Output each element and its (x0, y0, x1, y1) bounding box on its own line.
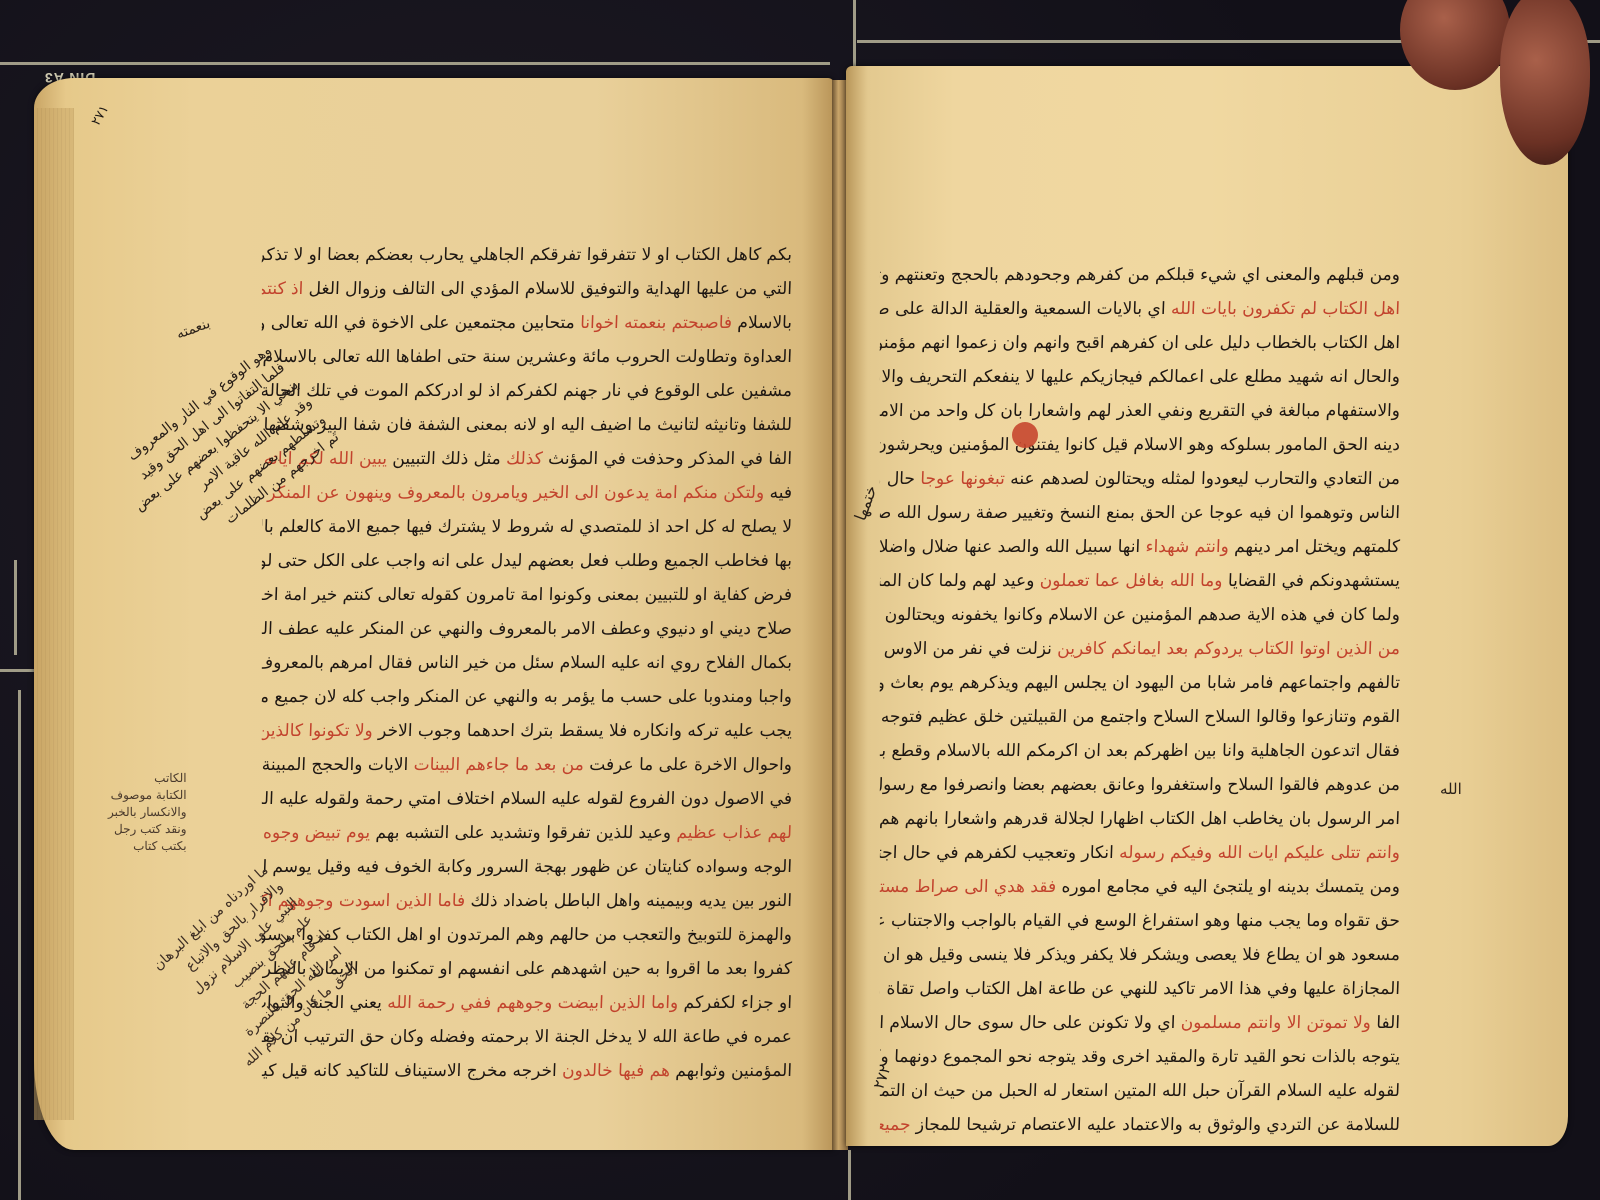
text-line: حق تقواه وما يجب منها وهو استفراغ الوسع … (879, 904, 1400, 938)
text-line: من عدوهم فالقوا السلاح واستغفروا وعانق ب… (879, 768, 1400, 802)
text-line: دينه الحق المامور بسلوكه وهو الاسلام قيل… (879, 428, 1400, 462)
text-line: لا يصلح له كل احد اذ للمتصدي له شروط لا … (261, 510, 792, 544)
text-line: اهل الكتاب لم تكفرون بايات الله اي بالاي… (879, 292, 1400, 326)
text-line: والحال انه شهيد مطلع على اعمالكم فيجازيك… (879, 360, 1400, 394)
text-line: بالاسلام فاصبحتم بنعمته اخوانا متحابين م… (261, 306, 792, 340)
text-line: التي من عليها الهداية والتوفيق للاسلام ا… (261, 272, 792, 306)
text-line: تالفهم واجتماعهم فامر شابا من اليهود ان … (879, 666, 1400, 700)
left-page-corner-folio: ٢٧١ (89, 103, 112, 129)
text-line: المؤمنين وثوابهم هم فيها خالدون اخرجه مخ… (261, 1054, 792, 1088)
text-line: القوم وتنازعوا وقالوا السلاح السلاح واجت… (879, 700, 1400, 734)
right-page-margin-word-right: الله (1440, 778, 1462, 800)
text-line: الوجه وسواده كنايتان عن ظهور بهجة السرور… (261, 850, 792, 884)
text-line: وانتم تتلى عليكم ايات الله وفيكم رسوله ا… (879, 836, 1400, 870)
text-line: امر الرسول بان يخاطب اهل الكتاب اظهارا ل… (879, 802, 1400, 836)
text-line: عمره في طاعة الله لا يدخل الجنة الا برحم… (261, 1020, 792, 1054)
text-line: يستشهدونكم في القضايا وما الله بغافل عما… (879, 564, 1400, 598)
text-line: في الاصول دون الفروع لقوله عليه السلام ا… (261, 782, 792, 816)
text-line: للشفا وتانيثه لتانيث ما اضيف اليه او لان… (261, 408, 792, 442)
text-line: العداوة وتطاولت الحروب مائة وعشرين سنة ح… (261, 340, 792, 374)
text-line: الفا في المذكر وحذفت في المؤنث كذلك مثل … (261, 442, 792, 476)
board-grid-line-left-vertical-upper (14, 560, 17, 655)
text-line: بكمال الفلاح روي انه عليه السلام سئل من … (261, 646, 792, 680)
right-page-text-block: ومن قبلهم والمعنى اي شيء قبلكم من كفرهم … (880, 258, 1400, 1142)
text-line: بها فخاطب الجميع وطلب فعل بعضهم ليدل على… (261, 544, 792, 578)
text-line: الفا ولا تموتن الا وانتم مسلمون اي ولا ت… (879, 1006, 1400, 1040)
margin-note-lower-left-small: الكاتب الكتابة موصوف والانكسار بالخبر ون… (108, 770, 187, 855)
text-line: فيه ولتكن منكم امة يدعون الى الخير ويامر… (261, 476, 792, 510)
text-line: ومن يتمسك بدينه او يلتجئ اليه في مجامع ا… (879, 870, 1400, 904)
text-line: واجبا ومندوبا على حسب ما يؤمر به والنهي … (261, 680, 792, 714)
text-line: صلاح ديني او دنيوي وعطف الامر بالمعروف و… (261, 612, 792, 646)
text-line: يتوجه بالذات نحو القيد تارة والمقيد اخرى… (879, 1040, 1400, 1074)
text-line: يجب عليه تركه وانكاره فلا يسقط بترك احده… (261, 714, 792, 748)
text-line: لقوله عليه السلام القرآن حبل الله المتين… (879, 1074, 1400, 1108)
text-line: فرض كفاية او للتبيين بمعنى وكونوا امة تا… (261, 578, 792, 612)
left-page-stack-edge (34, 108, 74, 1120)
text-line: لهم عذاب عظيم وعيد للذين تفرقوا وتشديد ع… (261, 816, 792, 850)
text-line: والهمزة للتوبيخ والتعجب من حالهم وهم الم… (261, 918, 792, 952)
text-line: كلمتهم ويختل امر دينهم وانتم شهداء انها … (879, 530, 1400, 564)
text-line: اهل الكتاب بالخطاب دليل على ان كفرهم اقب… (879, 326, 1400, 360)
text-line: المجازاة عليها وفي هذا الامر تاكيد للنهي… (879, 972, 1400, 1006)
board-grid-line-top-left (0, 62, 830, 65)
text-line: من الذين اوتوا الكتاب يردوكم بعد ايمانكم… (879, 632, 1400, 666)
text-line: النور بين يديه وبيمينه واهل الباطل باضدا… (261, 884, 792, 918)
text-line: للسلامة عن التردي والوثوق به والاعتماد ع… (879, 1108, 1400, 1142)
board-grid-line-left-vertical-lower (18, 690, 21, 1200)
text-line: ولما كان في هذه الاية صدهم المؤمنين عن ا… (879, 598, 1400, 632)
text-line: الناس وتوهموا ان فيه عوجا عن الحق بمنع ا… (879, 496, 1400, 530)
red-ink-dot (1012, 422, 1038, 448)
text-line: والاستفهام مبالغة في التقريع ونفي العذر … (879, 394, 1400, 428)
board-grid-line-bottom-center (848, 1150, 851, 1200)
text-line: ومن قبلهم والمعنى اي شيء قبلكم من كفرهم … (879, 258, 1400, 292)
text-line: بكم كاهل الكتاب او لا تتفرقوا تفرقكم الج… (261, 238, 792, 272)
text-line: من التعادي والتحارب ليعودوا لمثله ويحتال… (879, 462, 1400, 496)
text-line: مسعود هو ان يطاع فلا يعصى ويشكر فلا يكفر… (879, 938, 1400, 972)
text-line: واحوال الاخرة على ما عرفت من بعد ما جاءه… (261, 748, 792, 782)
text-line: مشفين على الوقوع في نار جهنم لكفركم اذ ل… (261, 374, 792, 408)
text-line: فقال اتدعون الجاهلية وانا بين اظهركم بعد… (879, 734, 1400, 768)
